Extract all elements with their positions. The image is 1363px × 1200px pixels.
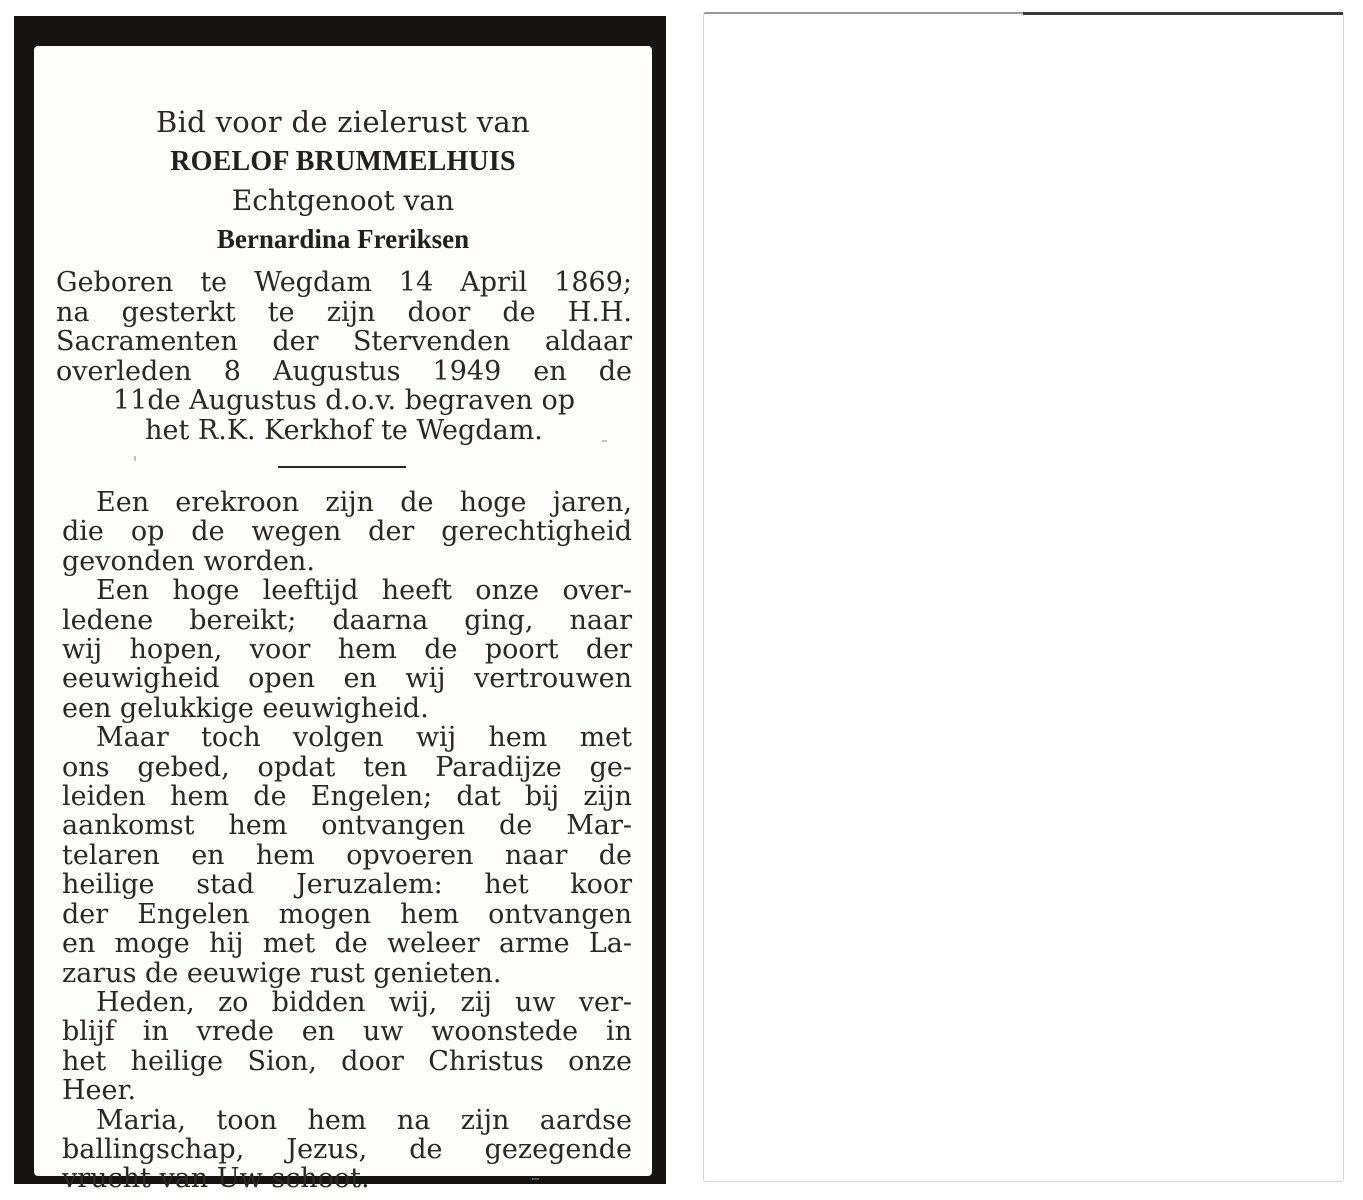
bio-line: Geboren te Wegdam 14 April 1869; [56,268,632,298]
scan-speck [532,1178,539,1180]
prayer-line: blijf in vrede en uw woonstede in [62,1017,632,1046]
card-back-top-edge [1023,12,1343,15]
prayer-line: zarus de eeuwige rust genieten. [62,959,632,988]
prayer-line: Heer. [62,1076,632,1105]
scan-speck [134,456,136,461]
prayer-line: heilige stad Jeruzalem: het koor [62,870,632,899]
prayer-line: een gelukkige eeuwigheid. [62,694,632,723]
prayer-line: het heilige Sion, door Christus onze [62,1047,632,1076]
card-header: Bid voor de zielerust van ROELOF BRUMMEL… [34,102,652,258]
prayer-line: die op de wegen der gerechtigheid [62,517,632,546]
section-divider [278,466,406,468]
prayer-line: der Engelen mogen hem ontvangen [62,900,632,929]
spouse-name: Bernardina Freriksen [34,220,652,258]
bio-line: 11de Augustus d.o.v. begraven op [56,386,632,416]
deceased-name: ROELOF BRUMMELHUIS [34,142,652,182]
prayer-line: telaren en hem opvoeren naar de [62,841,632,870]
prayer-line: ledene bereikt; daarna ging, naar [62,606,632,635]
prayer-line: aankomst hem ontvangen de Mar- [62,811,632,840]
prayer-line: Maria, toon hem na zijn aardse [62,1106,632,1135]
prayer-line: vrucht van Uw schoot. [62,1164,632,1193]
prayer-text: Een erekroon zijn de hoge jaren, die op … [62,488,632,1194]
bio-line: na gesterkt te zijn door de H.H. [56,298,632,328]
prayer-line: wij hopen, voor hem de poort der [62,635,632,664]
prayer-line: ons gebed, opdat ten Paradijze ge- [62,753,632,782]
prayer-line: Heden, zo bidden wij, zij uw ver- [62,988,632,1017]
memorial-card-back [703,12,1344,1182]
prayer-line: Maar toch volgen wij hem met [62,723,632,752]
prayer-line: Een hoge leeftijd heeft onze over- [62,576,632,605]
prayer-line: gevonden worden. [62,547,632,576]
memorial-card-front: Bid voor de zielerust van ROELOF BRUMMEL… [14,16,666,1184]
bio-line: Sacramenten der Stervenden aldaar [56,327,632,357]
prayer-line: Een erekroon zijn de hoge jaren, [62,488,632,517]
prayer-line: en moge hij met de weleer arme La- [62,929,632,958]
biography: Geboren te Wegdam 14 April 1869; na gest… [56,268,632,445]
card-front-paper: Bid voor de zielerust van ROELOF BRUMMEL… [34,46,652,1176]
prayer-line: ballingschap, Jezus, de gezegende [62,1135,632,1164]
prayer-line: eeuwigheid open en wij vertrouwen [62,664,632,693]
bio-line: het R.K. Kerkhof te Wegdam. [56,416,632,446]
bio-line: overleden 8 Augustus 1949 en de [56,357,632,387]
scan-speck [602,440,607,442]
spouse-label: Echtgenoot van [34,182,652,220]
intro-text: Bid voor de zielerust van [34,102,652,142]
prayer-line: leiden hem de Engelen; dat bij zijn [62,782,632,811]
